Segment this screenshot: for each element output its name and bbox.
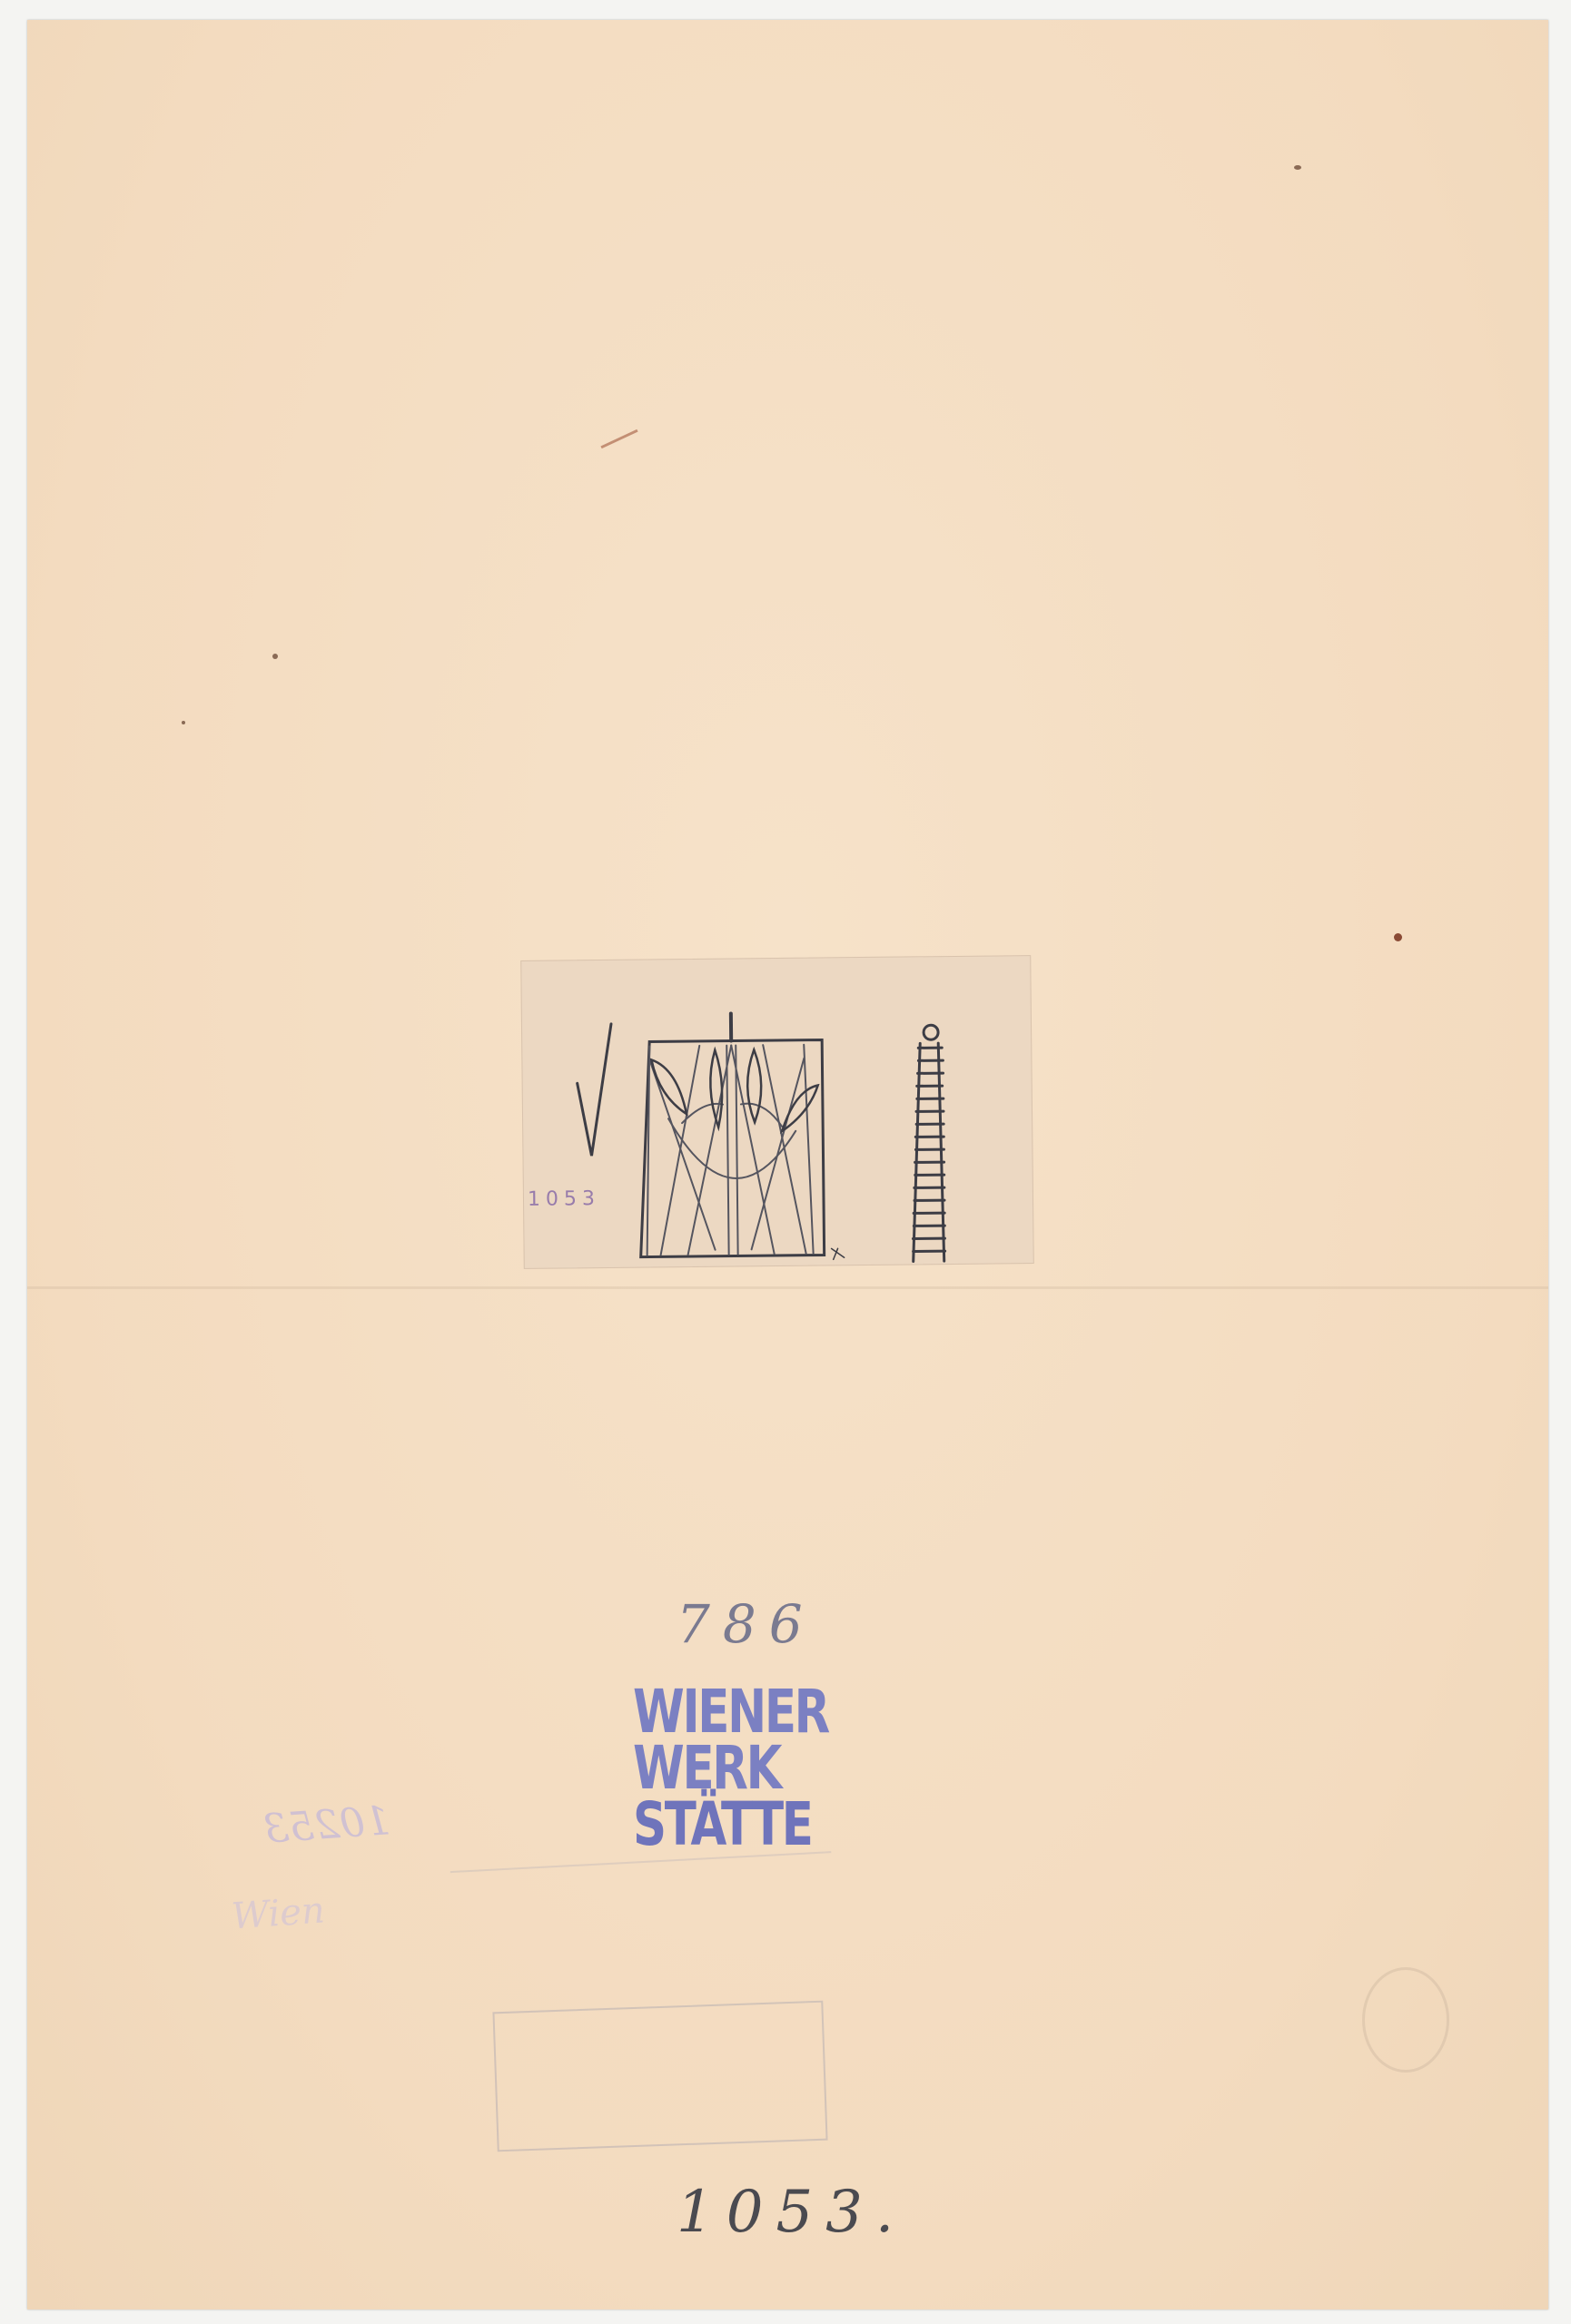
- faint-offset-number: 10253: [262, 1797, 391, 1853]
- faint-offset-word: Wien: [231, 1889, 327, 1937]
- paper-speck: [182, 721, 185, 724]
- stamp-line: STÄTTE: [633, 1797, 797, 1853]
- sketch-drawing: [521, 956, 1033, 1268]
- stain: [1362, 1967, 1449, 2073]
- handwritten-number-top: 786: [677, 1593, 815, 1655]
- inventory-number-purple: 1053: [528, 1187, 600, 1211]
- wiener-werkstaette-stamp: WIENER WERK STÄTTE: [633, 1684, 797, 1853]
- check-mark-icon: [577, 1024, 613, 1156]
- handwritten-number-bottom: 1053.: [677, 2179, 906, 2246]
- ghost-stamp-frame: [450, 1851, 839, 2027]
- stamp-line: WIENER: [633, 1684, 797, 1740]
- fold-line: [27, 1286, 1548, 1289]
- paper-speck: [1394, 933, 1402, 941]
- paper-speck: [1294, 165, 1301, 170]
- ghost-stamp-box: [492, 2001, 827, 2152]
- red-pencil-mark: [600, 429, 637, 448]
- stamp-line: WERK: [633, 1740, 797, 1797]
- paper-speck: [272, 654, 278, 659]
- mounted-sketch-slip: 1053: [520, 955, 1034, 1269]
- coil-drawing: [911, 1025, 945, 1261]
